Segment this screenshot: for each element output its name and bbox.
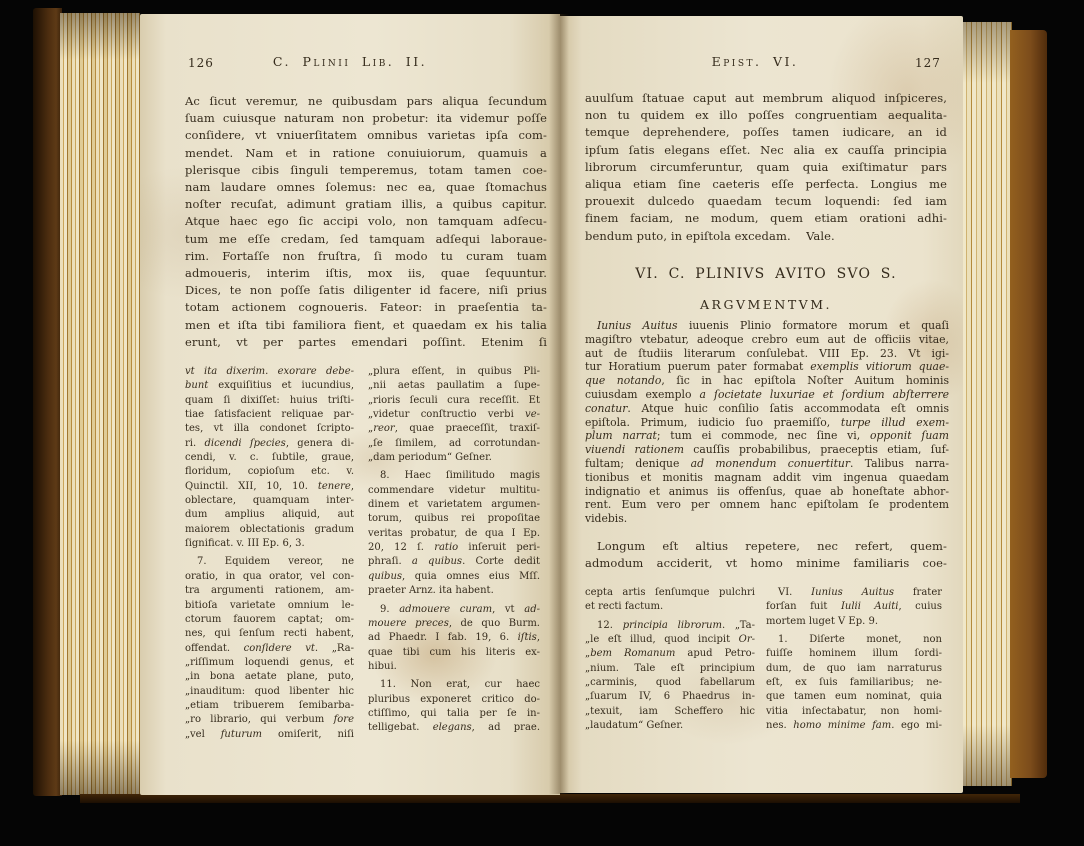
text-line: 7. Equidem vereor, ne	[185, 555, 354, 569]
text-line: librorum circumferuntur, quam quia exiſt…	[585, 159, 947, 176]
text-line: 10Dices, te non poſſe ſatis diligenter i…	[185, 282, 547, 299]
argumentum-text: Iunius Auitus iuuenis Plinio formatore m…	[585, 319, 949, 526]
text-line: „videtur conſtructio verbi ve-	[368, 408, 540, 422]
text-line: dum amplius aliquid, aut	[185, 508, 354, 522]
text-line: plerisque cibis ſinguli temperemus, tota…	[185, 162, 547, 179]
text-line: „carminis, quod fabellarum	[585, 676, 755, 690]
text-line: offendat. conſidere vt. „Ra-	[185, 642, 354, 656]
text-line: conatur. Atque huic conſilio ſatis accom…	[585, 402, 949, 416]
text-line: fuiſſe hominem illum ſordi-	[766, 647, 942, 661]
text-line: 20, 12 ſ. ratio inſeruit peri-	[368, 541, 540, 555]
footnote-column-2-left: „plura eſſent, in quibus Pli-„nii aetas …	[368, 365, 540, 736]
text-line: hibui.	[368, 660, 540, 674]
text-line: nes. homo minime fam. ego mi-	[766, 719, 942, 733]
text-line: 9. admouere curam, vt ad-	[368, 603, 540, 617]
text-line: veritas probatur, de qua I Ep.	[368, 527, 540, 541]
text-line: fultam; denique ad monendum conuertitur.…	[585, 457, 949, 471]
text-line: Quinctil. XII, 10, 10. tenere,	[185, 480, 354, 494]
text-line: tur Horatium puerum pater formabat exemp…	[585, 360, 949, 374]
text-line: admodum acciderit, vt homo minime famili…	[585, 555, 947, 572]
page-fore-edge-left	[60, 13, 140, 795]
text-line: ad Phaedr. I fab. 19, 6. iſtis,	[368, 631, 540, 645]
text-line: que tamen eum nominat, quia	[766, 690, 942, 704]
text-line: oblectare, quamquam inter-	[185, 494, 354, 508]
text-line: ri. dicendi ſpecies, genera di-	[185, 437, 354, 451]
text-line: „riſſimum loquendi genus, et	[185, 656, 354, 670]
text-line: noſter recuſat, adimunt gratiam illis, a…	[185, 196, 547, 213]
text-line: 11. Non erat, cur haec	[368, 678, 540, 692]
text-line: 9Atque haec ego ſic accipi volo, non tam…	[185, 213, 547, 230]
text-line: tra argumenti rationem, am-	[185, 584, 354, 598]
text-line: viuendi rationem cauſſis probabilibus, p…	[585, 443, 949, 457]
text-line: quam ſi dixiſſet: huius triſti-	[185, 394, 354, 408]
body-text-left: 7Ac ſicut veremur, ne quibusdam pars ali…	[185, 93, 547, 351]
text-line: mouere preces, de quo Burm.	[368, 617, 540, 631]
text-line: nam laudare omnes ſolemus: nec ea, quae …	[185, 179, 547, 196]
text-line: „inauditum: quod libenter hic	[185, 685, 354, 699]
text-line: indignatio et animus iis offenſus, quae …	[585, 485, 949, 499]
text-line: „plura eſſent, in quibus Pli-	[368, 365, 540, 379]
text-line: nes, qui ſenſum recti habent,	[185, 627, 354, 641]
text-line: forſan fuit Iulii Auiti, cuius	[766, 600, 942, 614]
text-line: cendi, v. c. ſubtile, graue,	[185, 451, 354, 465]
text-line: „rioris ſeculi cura receſſit. Et	[368, 394, 540, 408]
text-line: rent. Eum vero per omnem hanc epiſtolam …	[585, 498, 949, 512]
text-line: quibus, quia omnes eius Mſſ.	[368, 570, 540, 584]
text-line: vitia inſectabatur, non homi-	[766, 705, 942, 719]
running-header-right: Epist. VI.	[585, 54, 925, 69]
text-line: 8mendet. Nam et in ratione conuiuiorum, …	[185, 145, 547, 162]
text-line: ctorum fauorem captat; om-	[185, 613, 354, 627]
text-line: praeter Arnz. ita habent.	[368, 584, 540, 598]
body-text-right: auulſum ſtatuae caput aut membrum aliquo…	[585, 90, 947, 245]
text-line: 12. principia librorum. „Ta-	[585, 619, 755, 633]
body-text-right-2: Longum eſt altius repetere, nec refert, …	[585, 538, 947, 572]
text-line: pluribus exponeret critico do-	[368, 693, 540, 707]
text-line: „nium. Tale eſt principium	[585, 662, 755, 676]
text-line: dum, de quo iam narraturus	[766, 662, 942, 676]
book-cover-left-edge	[33, 8, 62, 796]
epistle-heading: VI. C. PLINIVS AVITO SVO S.	[585, 266, 947, 282]
text-line: epiſtola. Primum, iudicio ſuo praemiſſo,…	[585, 416, 949, 430]
page-left: 126 C. Plinii Lib. II. 7Ac ſicut veremur…	[140, 14, 560, 795]
text-line: „etiam tribuerem ſemibarba-	[185, 699, 354, 713]
text-line: vt ita dixerim. exorare debe-	[185, 365, 354, 379]
text-line: 12ipſum ſatis elegans eſſet. Nec alia ex…	[585, 142, 947, 159]
text-line: auulſum ſtatuae caput aut membrum aliquo…	[585, 90, 947, 107]
text-line: non tu quidem ex illo poſſes congruentia…	[585, 107, 947, 124]
text-line: „in bona aetate plane, puto,	[185, 670, 354, 684]
page-right: Epist. VI. 127 auulſum ſtatuae caput aut…	[560, 16, 963, 793]
text-line: „nii aetas paullatim a ſupe-	[368, 379, 540, 393]
text-line: que notando, ſic in hac epiſtola Noſter …	[585, 374, 949, 388]
text-line: „reor, quae praeceſſit, traxiſ-	[368, 422, 540, 436]
text-line: 13aliqua etiam ſine caeteris eſſe perfec…	[585, 176, 947, 193]
text-line: temque deprehendere, poſſes tamen iudica…	[585, 124, 947, 141]
text-line: magiſtro vtebatur, adeoque crebro eum au…	[585, 333, 949, 347]
text-line: conſidere, vt vniuerſitatem omnibus vari…	[185, 127, 547, 144]
text-line: et recti factum.	[585, 600, 755, 614]
text-line: Iunius Auitus iuuenis Plinio formatore m…	[585, 319, 949, 333]
footnote-column-1-left: vt ita dixerim. exorare debe-bunt exquiſ…	[185, 365, 354, 742]
footnote-column-2-right: VI. Iunius Auitus fraterforſan fuit Iuli…	[766, 586, 942, 733]
text-line: telligebat. elegans, ad prae.	[368, 721, 540, 735]
text-line: 7Ac ſicut veremur, ne quibusdam pars ali…	[185, 93, 547, 110]
text-line: „vel futurum omiſerit, niſi	[185, 728, 354, 742]
text-line: bitioſa varietate omnium le-	[185, 599, 354, 613]
book-bottom-edge	[80, 794, 1020, 803]
text-line: ſignificat. v. III Ep. 6, 3.	[185, 537, 354, 551]
text-line: mortem luget V Ep. 9.	[766, 615, 942, 629]
text-line: cepta artis ſenſumque pulchri	[585, 586, 755, 600]
text-line: quae tibi cum his literis ex-	[368, 646, 540, 660]
text-line: bunt exquiſitius et iucundius,	[185, 379, 354, 393]
text-line: „ſe ſimilem, ad corrotundan-	[368, 437, 540, 451]
text-line: Longum eſt altius repetere, nec refert, …	[585, 538, 947, 555]
text-line: „texuit, iam Scheffero hic	[585, 705, 755, 719]
text-line: bendum puto, in epiſtola excedam. Vale.	[585, 228, 947, 245]
text-line: tiae ſatisfacient reliquae par-	[185, 408, 354, 422]
text-line: eſt, ex ſuis familiaribus; ne-	[766, 676, 942, 690]
text-line: commendare videtur multitu-	[368, 484, 540, 498]
argumentum-heading: ARGVMENTVM.	[585, 297, 947, 312]
text-line: VI. Iunius Auitus frater	[766, 586, 942, 600]
page-number-right: 127	[915, 56, 941, 70]
page-fore-edge-right	[962, 22, 1012, 786]
text-line: tionibus et monitis magnam addit vim ing…	[585, 471, 949, 485]
text-line: videbis.	[585, 512, 949, 526]
text-line: „le eſt illud, quod incipit Or-	[585, 633, 755, 647]
text-line: 11erunt, vt per partes emendari poſſint.…	[185, 334, 547, 351]
text-line: torum, quibus rei propoſitae	[368, 512, 540, 526]
text-line: plum narrat; tum ei commode, nec ſine vi…	[585, 429, 949, 443]
text-line: floridum, copioſum etc. v.	[185, 465, 354, 479]
text-line: „dam periodum“ Geſner.	[368, 451, 540, 465]
text-line: tum me eſſe credam, ſed tamquam adſequi …	[185, 231, 547, 248]
running-header-left: C. Plinii Lib. II.	[185, 54, 515, 69]
text-line: rim. Fortaſſe non fruſtra, ſi modo tu cu…	[185, 248, 547, 265]
book-gutter-shadow	[549, 14, 569, 794]
text-line: totam actionem cognoueris. Fateor: in pr…	[185, 299, 547, 316]
text-line: ctiſſimo, qui talia per ſe in-	[368, 707, 540, 721]
text-line: finem faciam, ne modum, quem etiam orati…	[585, 210, 947, 227]
book-cover-right-edge	[1010, 30, 1047, 778]
text-line: men et iſta tibi familiora fient, et qua…	[185, 317, 547, 334]
text-line: „ro librario, qui verbum fore	[185, 713, 354, 727]
text-line: oratio, in qua orator, vel con-	[185, 570, 354, 584]
text-line: prouexit dulcedo quaedam tecum loquendi:…	[585, 193, 947, 210]
text-line: admoueris, interim iſtis, mox iis, quae …	[185, 265, 547, 282]
text-line: dinem et varietatem argumen-	[368, 498, 540, 512]
text-line: tes, vt illa condonet ſcripto-	[185, 422, 354, 436]
text-line: „bem Romanum apud Petro-	[585, 647, 755, 661]
text-line: ſuam cuiusque naturam non probetur: ita …	[185, 110, 547, 127]
footnote-column-1-right: cepta artis ſenſumque pulchriet recti fa…	[585, 586, 755, 733]
text-line: cuiusdam exemplo a ſocietate luxuriae et…	[585, 388, 949, 402]
text-line: „laudatum“ Geſner.	[585, 719, 755, 733]
text-line: 8. Haec ſimilitudo magis	[368, 469, 540, 483]
text-line: 1. Diſerte monet, non	[766, 633, 942, 647]
text-line: phraſi. a quibus. Corte dedit	[368, 555, 540, 569]
text-line: „ſuarum IV, 6 Phaedrus in-	[585, 690, 755, 704]
text-line: aut de ſtudiis literarum conſulebat. VII…	[585, 347, 949, 361]
text-line: maiorem oblectationis gradum	[185, 523, 354, 537]
